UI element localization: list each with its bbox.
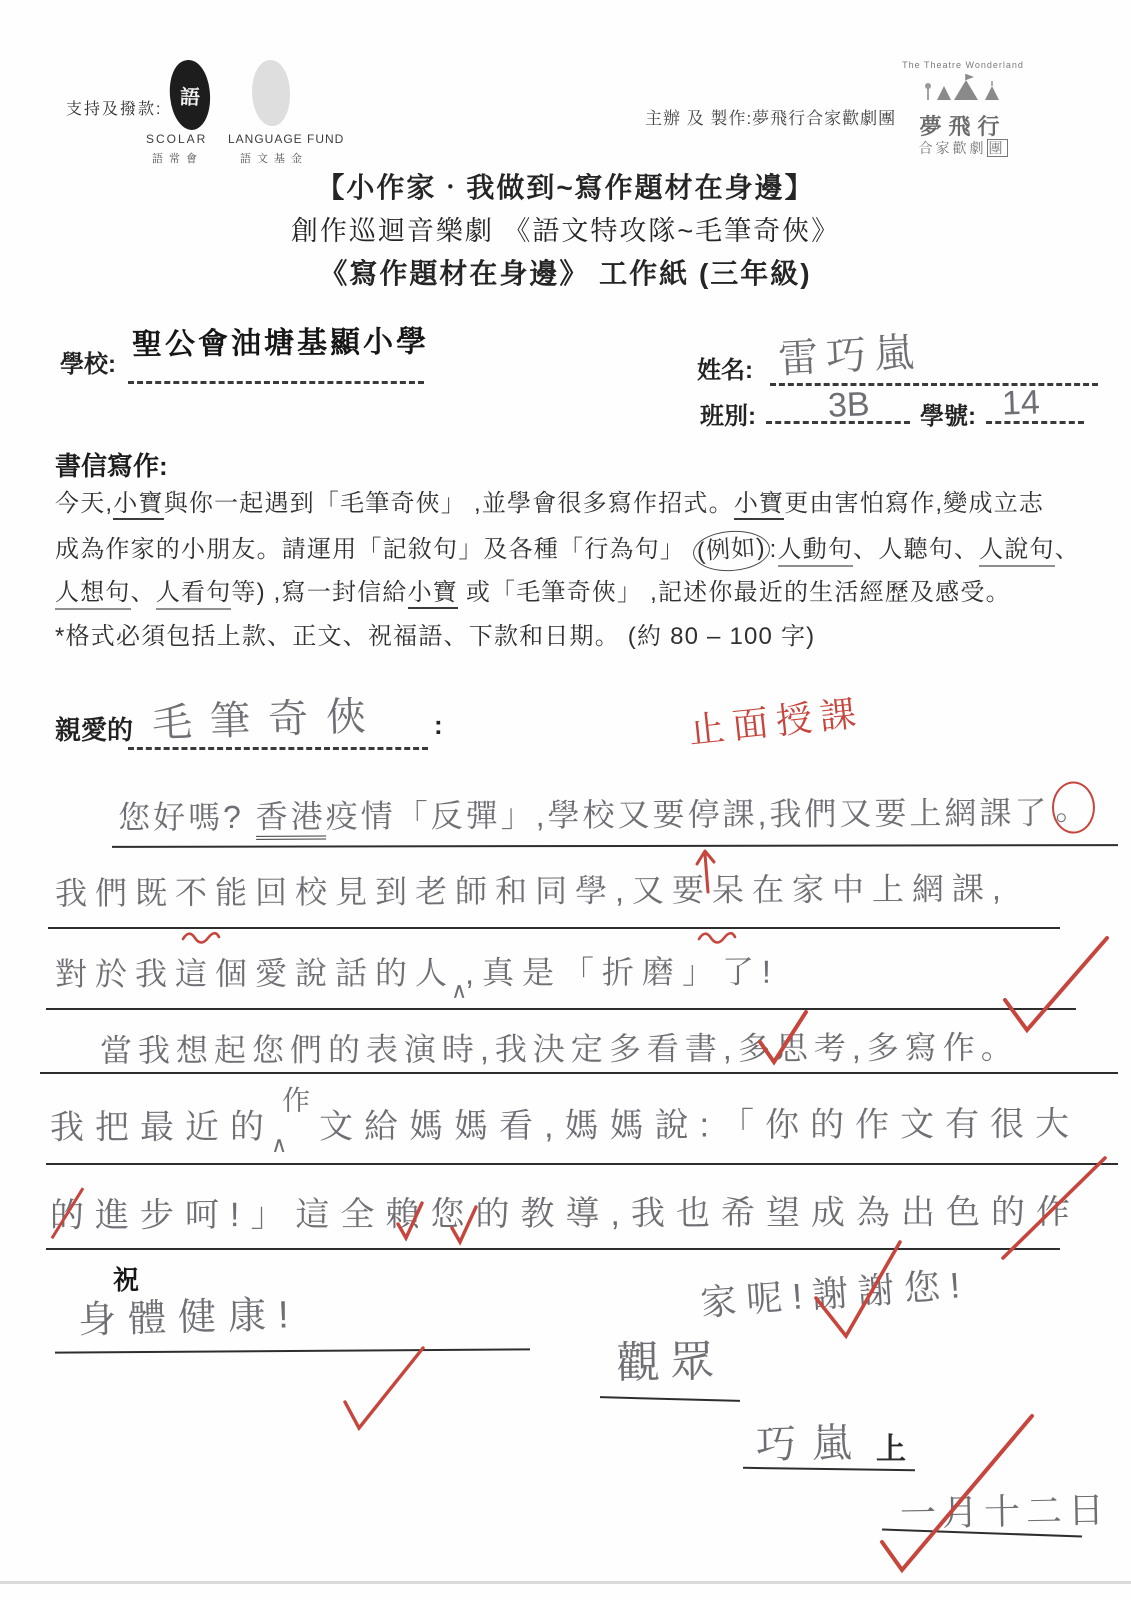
scan-edge-strip <box>0 1581 1131 1584</box>
organizer-credit: 主辦 及 製作:夢飛行合家歡劇團 <box>645 104 896 129</box>
scolar-seal-icon: 語 <box>166 58 213 132</box>
text-segment: 、 <box>1055 536 1080 563</box>
school-label: 學校: <box>60 344 116 379</box>
red-wavy-underline <box>180 928 222 944</box>
red-insert-arrow <box>692 846 720 894</box>
red-checkmark <box>808 1236 908 1344</box>
theatre-arc-text: The Theatre Wonderland <box>898 60 1028 70</box>
class-label: 班別: <box>700 396 756 431</box>
red-checkmark <box>446 1202 482 1248</box>
red-checkmark <box>868 1402 1044 1578</box>
event-title: 【小作家‧我做到~寫作題材在身邊】 <box>0 166 1131 206</box>
theatre-name: 夢飛行 <box>900 110 1026 141</box>
red-checkmark <box>752 1006 814 1070</box>
letter-line-1: 您好嗎? 香港疫情「反彈」,學校又要停課,我們又要上網課了。 <box>118 785 1095 842</box>
text-segment: 進步呵!」這全賴您的教導,我也希望成為出色的作 <box>95 1193 1081 1234</box>
red-checkmark <box>995 930 1115 1038</box>
support-label: 支持及撥款: <box>66 96 162 119</box>
salutation-colon: : <box>434 710 443 741</box>
ruled-line-5 <box>46 1163 1118 1165</box>
letter-line-6: 的進步呵!」這全賴您的教導,我也希望成為出色的作 <box>50 1184 1081 1237</box>
school-value: 聖公會油塘基顯小學 <box>132 316 429 363</box>
text-segment: ∧ <box>451 978 475 1004</box>
worksheet-page: 支持及撥款: 語 SCOLAR 語常會 LANGUAGE FUND 語文基金 主… <box>0 0 1131 1600</box>
brief-line-2: 成為作家的小朋友。請運用「記敘句」及各種「行為句」 (例如):人動句、人聽句、人… <box>55 531 1080 571</box>
language-fund-seal-icon <box>252 60 290 126</box>
letter-line-3: 對於我這個愛說話的人∧,真是「折磨」了! <box>55 947 779 996</box>
text-segment: 、人聽句、 <box>853 536 979 563</box>
closing-role-line <box>600 1396 740 1402</box>
text-segment: 小寶 <box>113 490 163 520</box>
salutation-label: 親愛的 <box>55 710 133 747</box>
text-segment: 人動句 <box>778 536 854 567</box>
text-segment: 作 <box>282 1079 321 1119</box>
school-blank-line <box>128 381 424 384</box>
text-segment: : <box>770 536 778 563</box>
text-segment: 等) ,寫一封信給 <box>231 579 407 606</box>
salutation-value: 毛筆奇俠 <box>151 684 385 749</box>
wish-ruled-line <box>55 1348 530 1353</box>
text-segment: 更由害怕寫作,變成立志 <box>784 490 1044 517</box>
text-segment: 。 <box>1051 781 1094 833</box>
number-blank-line <box>986 421 1084 424</box>
red-wavy-underline <box>696 928 738 944</box>
brief-line-4: *格式必須包括上款、正文、祝福語、下款和日期。 (約 80 – 100 字) <box>55 620 815 654</box>
theatre-subname: 合家歡劇團 <box>898 138 1028 158</box>
text-segment: 我把最近的 <box>50 1108 275 1147</box>
text-segment: 香港 <box>256 798 326 839</box>
scolar-caption-zh: 語常會 <box>152 150 203 166</box>
name-label: 姓名: <box>697 350 753 385</box>
name-blank-line <box>770 383 1098 386</box>
ruled-line-3 <box>46 1008 1076 1010</box>
musical-title: 創作巡迴音樂劇 《語文特攻隊~毛筆奇俠》 <box>0 209 1131 248</box>
text-segment: 的 <box>50 1188 95 1237</box>
teacher-correction-note: 止面授課 <box>686 685 866 754</box>
text-segment: 當我想起您們的表演時,我決定多看書,多思考,多寫作。 <box>100 1029 1019 1068</box>
text-segment: 成為作家的小朋友。請運用「記敘句」及各種「行為句」 <box>55 536 693 563</box>
text-segment: 或「毛筆奇俠」 ,記述你最近的生活經歷及感受。 <box>458 579 1011 606</box>
text-segment: 與你一起遇到「毛筆奇俠」 ,並學會很多寫作招式。 <box>164 490 734 517</box>
letter-line-5: 我把最近的∧作文給媽媽看,媽媽說:「你的作文有很大 <box>50 1096 1080 1149</box>
text-segment: 對於我這個愛說話的人 <box>55 955 455 992</box>
theatre-subname-boxed: 團 <box>987 139 1008 157</box>
text-segment: 人看句 <box>156 579 232 610</box>
brief-line-1: 今天,小寶與你一起遇到「毛筆奇俠」 ,並學會很多寫作招式。小寶更由害怕寫作,變成… <box>55 487 1044 521</box>
ruled-line-4 <box>40 1072 1118 1074</box>
section-heading: 書信寫作: <box>55 446 168 483</box>
language-fund-caption-zh: 語文基金 <box>240 150 308 166</box>
number-label: 學號: <box>920 396 976 431</box>
scolar-caption-en: SCOLAR <box>146 132 207 146</box>
brief-line-3: 人想句、人看句等) ,寫一封信給小寶 或「毛筆奇俠」 ,記述你最近的生活經歷及感… <box>55 576 1011 610</box>
text-segment: 小寶 <box>734 490 784 520</box>
wish-value: 身體健康! <box>77 1283 301 1344</box>
class-value: 3B <box>827 385 870 425</box>
closing-role: 觀眾 <box>615 1325 724 1391</box>
text-segment: 人想句 <box>55 579 131 610</box>
red-checkmark <box>392 1198 428 1244</box>
text-segment: 小寶 <box>408 579 458 609</box>
text-segment: 今天, <box>55 490 113 517</box>
text-segment: 您好嗎? <box>118 799 256 836</box>
text-segment: 疫情「反彈」,學校又要停課,我們又要上網課了 <box>326 795 1050 835</box>
text-segment: ∧ <box>271 1132 298 1158</box>
theatre-tents-icon <box>920 74 1006 106</box>
text-segment: (例如) <box>692 528 771 573</box>
salutation-blank-line <box>128 747 428 750</box>
text-segment: 文給媽媽看,媽媽說:「你的作文有很大 <box>319 1105 1080 1146</box>
red-slash <box>995 1152 1113 1264</box>
theatre-subname-text: 合家歡劇 <box>919 140 987 156</box>
worksheet-title: 《寫作題材在身邊》 工作紙 (三年級) <box>0 252 1131 292</box>
class-blank-line <box>766 421 910 424</box>
number-value: 14 <box>1001 383 1040 423</box>
letter-line-4: 當我想起您們的表演時,我決定多看書,多思考,多寫作。 <box>100 1022 1019 1071</box>
red-checkmark <box>335 1342 431 1436</box>
name-value: 雷巧嵐 <box>777 320 924 384</box>
text-segment: 我們既不能回校見到老師和同學,又要呆在家中上網課, <box>55 871 1009 912</box>
language-fund-caption-en: LANGUAGE FUND <box>228 132 344 146</box>
text-segment: 、 <box>131 579 156 606</box>
ruled-line-1 <box>112 844 1118 848</box>
text-segment: *格式必須包括上款、正文、祝福語、下款和日期。 (約 80 – 100 字) <box>55 623 815 650</box>
scolar-seal-char: 語 <box>180 80 201 110</box>
text-segment: ,真是「折磨」了! <box>465 954 779 991</box>
text-segment: 人說句 <box>979 536 1055 567</box>
signature-name: 巧嵐 <box>756 1411 869 1470</box>
letter-line-2: 我們既不能回校見到老師和同學,又要呆在家中上網課, <box>55 864 1009 915</box>
